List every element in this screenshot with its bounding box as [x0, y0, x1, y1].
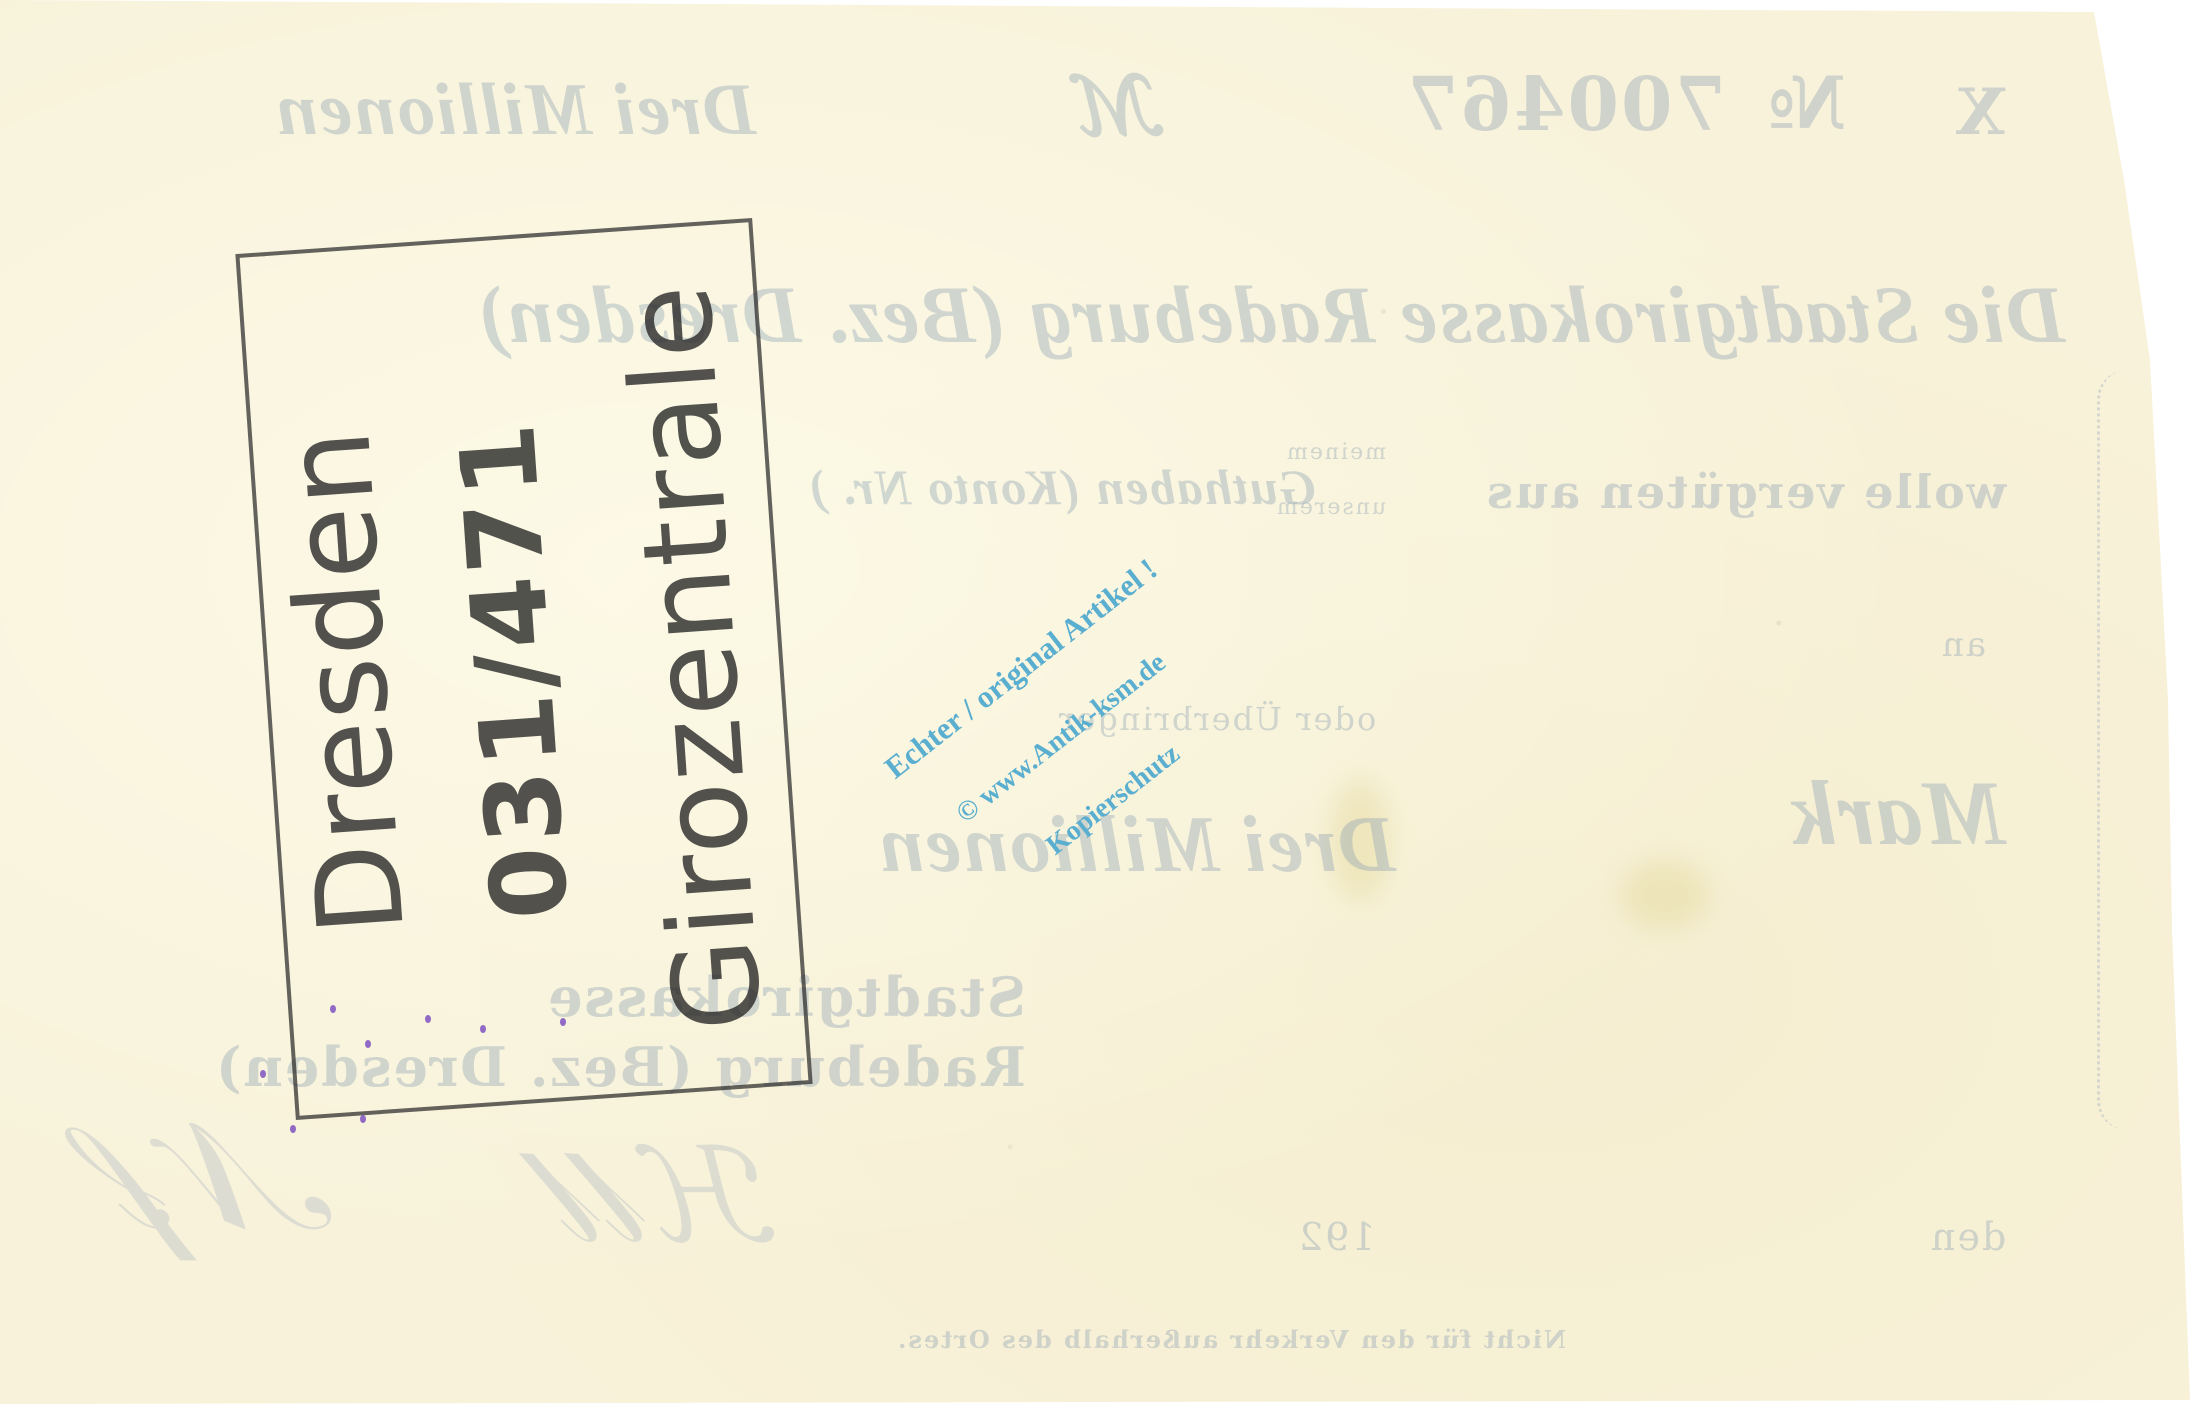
- ghost-handwritten-signature: 𝒩𝒻: [120, 1090, 335, 1267]
- ghost-handwritten-signature: ℋ𝓁𝓁: [560, 1120, 781, 1274]
- ghost-number-label: №: [1766, 60, 1846, 145]
- stain: [1330, 780, 1390, 900]
- ink-speck: [290, 1125, 296, 1133]
- ghost-amount-words: Drei Millionen: [877, 800, 1396, 891]
- ghost-footer-note: Nicht für den Verkehr außerhalb des Orte…: [896, 1325, 1566, 1354]
- ghost-currency-symbol: ℳ: [1078, 60, 1166, 154]
- girozentrale-stamp: Girozentrale 031/471 Dresden: [235, 218, 812, 1120]
- ink-speck: [330, 1005, 336, 1013]
- ghost-instruction-line: wolle vergüten aus: [1485, 465, 2006, 519]
- watermark-line-website: © www.Antik-ksm.de: [950, 647, 1172, 830]
- watermark-line-copy-protection: Kopierschutz: [1040, 738, 1186, 862]
- ghost-year: 192: [1297, 1215, 1376, 1259]
- ghost-series-prefix: X: [1954, 75, 2006, 150]
- ghost-signature-block-line2: Radeburg (Bez. Dresden): [214, 1035, 1026, 1099]
- ink-speck: [360, 1115, 366, 1123]
- ghost-currency-word: Mark: [1788, 760, 2006, 866]
- stamp-line-city: Dresden: [258, 424, 431, 940]
- ink-speck: [560, 1018, 566, 1026]
- ghost-signature-block-line1: Stadtgirokasse: [546, 965, 1026, 1029]
- ink-speck: [425, 1015, 431, 1023]
- stamp-line-institution: Girozentrale: [599, 279, 789, 1035]
- paper-sheet: X № 700467 ℳ Drei Millionen Die Stadtgir…: [0, 0, 2196, 1416]
- stamp-line-number: 031/471: [436, 416, 593, 923]
- ghost-to-label: an: [1940, 625, 1986, 665]
- ghost-border-ornament: [2097, 370, 2160, 1130]
- ghost-amount-words-top: Drei Millionen: [274, 68, 756, 153]
- watermark-line-authentic: Echter / original Artikel !: [878, 551, 1164, 786]
- ghost-choice-lower: unserem: [1275, 495, 1386, 520]
- ghost-choice-upper: meinem: [1285, 440, 1386, 465]
- ink-speck: [480, 1025, 486, 1033]
- ghost-issuer-line: Die Stadtgirokasse Radeburg (Bez. Dresde…: [476, 268, 2066, 362]
- ghost-account-line: Guthaben (Konto Nr. ): [807, 458, 1316, 516]
- ink-speck: [365, 1040, 371, 1048]
- ghost-serial-number: 700467: [1405, 62, 1726, 148]
- scanned-document: X № 700467 ℳ Drei Millionen Die Stadtgir…: [0, 0, 2196, 1416]
- stain: [1620, 860, 1710, 930]
- copy-protection-watermark: Echter / original Artikel ! © www.Antik-…: [870, 560, 1290, 860]
- ghost-payee-note: oder Überbringer: [1057, 700, 1376, 738]
- ghost-date-label: den: [1929, 1215, 2006, 1259]
- ink-speck: [260, 1070, 266, 1078]
